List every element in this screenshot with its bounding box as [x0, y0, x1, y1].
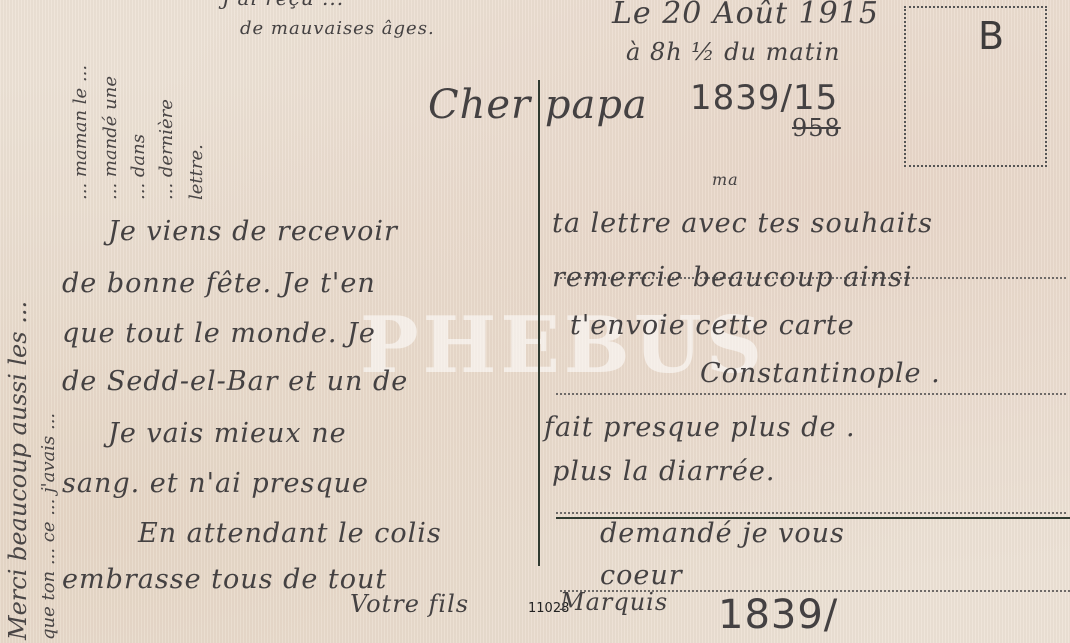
message-left-line-7: En attendant le colis: [138, 518, 442, 549]
stamp-box: [904, 6, 1047, 167]
message-right-line-1: ta lettre avec tes souhaits: [552, 208, 933, 239]
message-right-line-4: Constantinople .: [700, 358, 941, 389]
message-right-line-2: remercie beaucoup ainsi: [552, 262, 913, 293]
insert-above-line: ma: [712, 170, 739, 189]
margin-vertical-line-4: ... mandé une: [100, 76, 121, 200]
message-left-line-5: Je vais mieux ne: [108, 418, 347, 449]
stamp-box-mark: B: [978, 14, 1004, 58]
signature-name: Marquis: [560, 588, 668, 616]
date-line-1: Le 20 Août 1915: [612, 0, 879, 31]
margin-vertical-line-3: ... maman le ...: [70, 65, 91, 200]
message-right-line-8: coeur: [600, 560, 683, 591]
message-right-line-6: plus la diarrée.: [552, 456, 775, 487]
message-left-line-6: sang. et n'ai presque: [62, 468, 369, 499]
message-right-line-7: demandé je vous: [600, 518, 845, 549]
message-right-line-5: fait presque plus de .: [544, 412, 856, 443]
signature-closing: Votre fils: [350, 590, 469, 618]
date-line-2: à 8h ½ du matin: [626, 38, 840, 66]
address-dotted-line-2: [556, 393, 1066, 395]
archive-number-bottom: 1839/: [718, 592, 838, 638]
message-left-line-2: de bonne fête. Je t'en: [62, 268, 376, 299]
margin-vertical-line-7: lettre.: [186, 144, 207, 200]
address-dotted-line-3: [556, 512, 1066, 514]
top-left-fragment-2: de mauvaises âges.: [240, 18, 435, 39]
margin-vertical-line-1: Merci beaucoup aussi les ...: [4, 301, 32, 640]
archive-number-top: 1839/15: [690, 78, 838, 118]
message-left-line-8: embrasse tous de tout: [62, 564, 387, 595]
vertical-divider-line: [538, 80, 540, 566]
message-left-line-4: de Sedd-el-Bar et un de: [62, 366, 408, 397]
archive-number-struck: 958: [792, 114, 841, 142]
message-left-line-3: que tout le monde. Je: [62, 318, 376, 349]
margin-vertical-line-2: que ton ... ce ... j'avais ...: [38, 413, 59, 640]
postcard-back: PHEBUS B 11028 Le 20 Août 1915 à 8h ½ du…: [0, 0, 1070, 643]
salutation: Cher papa: [428, 82, 648, 128]
margin-vertical-line-5: ... dans: [128, 134, 149, 200]
message-left-line-1: Je viens de recevoir: [108, 216, 398, 247]
message-right-line-3: t'envoie cette carte: [570, 310, 855, 341]
margin-vertical-line-6: ... dernière: [156, 99, 177, 200]
top-left-fragment-1: J'ai reçu ...: [222, 0, 344, 10]
